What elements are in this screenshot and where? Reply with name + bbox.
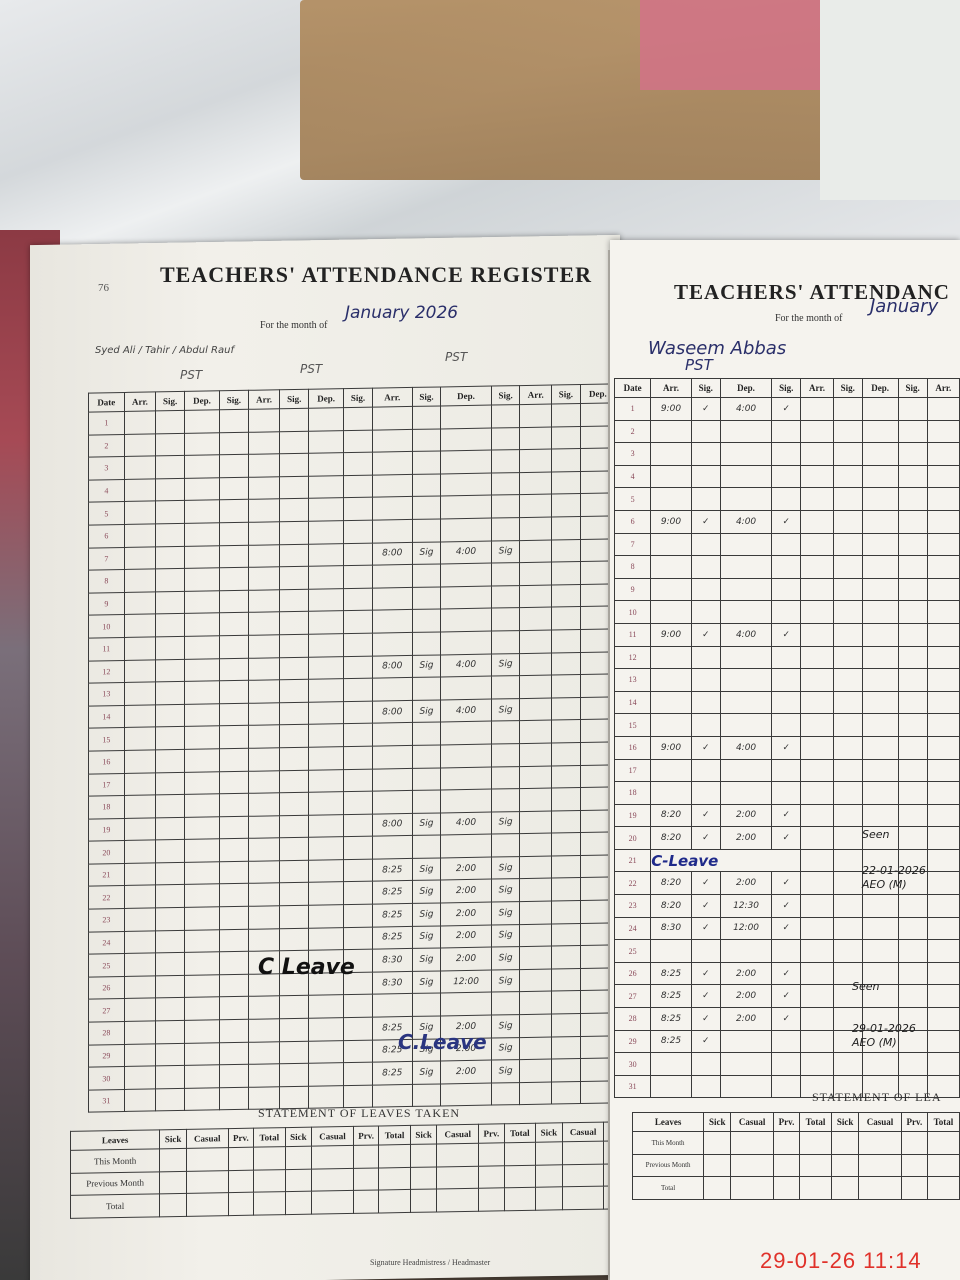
left-col-header: Sig. <box>491 386 520 405</box>
attendance-cell <box>898 646 927 669</box>
attendance-cell <box>833 533 862 556</box>
attendance-cell <box>898 917 927 940</box>
attendance-cell <box>309 408 344 431</box>
attendance-sig-cell <box>691 669 720 692</box>
attendance-cell <box>124 637 156 660</box>
attendance-cell <box>248 635 280 658</box>
attendance-cell <box>344 407 373 430</box>
left-footer-signature: Signature Headmistress / Headmaster <box>370 1258 490 1267</box>
attendance-cell: 8:30 <box>372 949 412 972</box>
attendance-cell <box>898 465 927 488</box>
attendance-cell <box>833 872 862 895</box>
attendance-cell <box>520 969 552 992</box>
attendance-cell <box>412 496 441 519</box>
attendance-cell <box>220 748 249 771</box>
attendance-cell <box>156 456 185 479</box>
attendance-cell <box>552 516 581 539</box>
table-row: 25 <box>615 940 960 963</box>
left-leaves-title: STATEMENT OF LEAVES TAKEN <box>258 1106 460 1121</box>
attendance-cell <box>552 539 581 562</box>
table-row: 5 <box>615 488 960 511</box>
attendance-cell <box>280 657 309 680</box>
attendance-cell <box>344 543 373 566</box>
attendance-cell: Sig <box>412 858 441 881</box>
attendance-cell <box>309 814 344 837</box>
attendance-cell <box>927 691 959 714</box>
attendance-dep-cell: 12:30 <box>720 895 771 918</box>
date-cell: 26 <box>89 976 125 999</box>
attendance-cell <box>520 1082 552 1105</box>
attendance-cell <box>833 488 862 511</box>
attendance-cell <box>156 862 185 885</box>
table-row: 3 <box>615 443 960 466</box>
leaves-cell <box>228 1170 253 1193</box>
leaves-cell <box>312 1168 354 1191</box>
attendance-cell <box>156 410 185 433</box>
date-cell: 25 <box>89 954 125 977</box>
attendance-cell <box>833 646 862 669</box>
attendance-cell <box>927 736 959 759</box>
attendance-cell <box>491 495 520 518</box>
attendance-cell <box>520 494 552 517</box>
right-month-value: January <box>870 296 938 317</box>
attendance-cell <box>124 456 156 479</box>
date-cell: 2 <box>89 434 125 457</box>
date-cell: 20 <box>615 827 651 850</box>
background-pink-object <box>640 0 840 90</box>
attendance-cell: 8:25 <box>372 858 412 881</box>
attendance-sig2-cell: ✓ <box>772 623 801 646</box>
attendance-arr-cell: 9:00 <box>651 736 691 759</box>
attendance-cell <box>520 1037 552 1060</box>
attendance-cell <box>833 669 862 692</box>
date-cell: 23 <box>89 909 125 932</box>
leaves-cell <box>859 1132 902 1155</box>
attendance-dep-cell <box>720 488 771 511</box>
attendance-cell <box>927 398 959 421</box>
leaves-cell <box>774 1132 800 1155</box>
attendance-cell <box>248 838 280 861</box>
leaves-cell <box>228 1192 253 1215</box>
table-row: 169:00✓4:00✓ <box>615 736 960 759</box>
table-row: 10 <box>615 601 960 624</box>
left-col-header: Sig. <box>412 387 441 406</box>
attendance-cell <box>124 479 156 502</box>
attendance-cell <box>184 907 219 930</box>
leaves-cell <box>410 1167 437 1190</box>
attendance-cell <box>441 405 492 428</box>
attendance-cell <box>927 465 959 488</box>
attendance-cell <box>344 1040 373 1063</box>
date-cell: 25 <box>615 940 651 963</box>
table-row: 198:20✓2:00✓ <box>615 804 960 827</box>
attendance-cell <box>248 680 280 703</box>
attendance-cell <box>552 991 581 1014</box>
attendance-cell <box>801 398 833 421</box>
attendance-cell <box>280 589 309 612</box>
leaves-col-header: Total <box>379 1125 410 1145</box>
attendance-cell <box>344 882 373 905</box>
attendance-cell <box>248 1041 280 1064</box>
attendance-cell <box>491 834 520 857</box>
attendance-dep-cell <box>720 601 771 624</box>
right-col-header: Sig. <box>691 379 720 398</box>
attendance-cell <box>412 722 441 745</box>
attendance-cell <box>520 766 552 789</box>
attendance-cell <box>248 590 280 613</box>
attendance-cell <box>801 1053 833 1076</box>
attendance-cell <box>220 477 249 500</box>
attendance-cell <box>898 556 927 579</box>
attendance-cell <box>124 931 156 954</box>
attendance-cell <box>833 691 862 714</box>
left-col-header: Sig. <box>156 391 185 410</box>
attendance-cell <box>124 546 156 569</box>
leaves-col-header: Prv. <box>901 1113 927 1132</box>
attendance-cell <box>833 714 862 737</box>
attendance-sig2-cell <box>772 646 801 669</box>
attendance-sig-cell <box>691 1053 720 1076</box>
attendance-cell <box>441 518 492 541</box>
leaves-cell <box>731 1177 774 1200</box>
attendance-cell <box>552 471 581 494</box>
attendance-sig-cell: ✓ <box>691 623 720 646</box>
leaves-row-label: Previous Month <box>71 1171 160 1195</box>
attendance-cell <box>184 771 219 794</box>
attendance-cell <box>372 632 412 655</box>
date-cell: 4 <box>615 465 651 488</box>
attendance-cell <box>309 453 344 476</box>
attendance-arr-cell <box>651 465 691 488</box>
attendance-sig2-cell: ✓ <box>772 510 801 533</box>
attendance-cell <box>372 474 412 497</box>
attendance-arr-cell <box>651 759 691 782</box>
attendance-cell <box>124 1066 156 1089</box>
attendance-cell <box>309 701 344 724</box>
attendance-cell <box>309 747 344 770</box>
attendance-cell <box>520 901 552 924</box>
attendance-cell <box>552 901 581 924</box>
photo-timestamp: 29-01-26 11:14 <box>760 1248 922 1274</box>
leaves-cell <box>379 1167 410 1190</box>
attendance-cell <box>184 1042 219 1065</box>
attendance-cell <box>801 827 833 850</box>
attendance-cell <box>898 782 927 805</box>
attendance-dep-cell: 2:00 <box>720 962 771 985</box>
attendance-cell <box>124 1021 156 1044</box>
attendance-arr-cell <box>651 556 691 579</box>
attendance-cell <box>184 794 219 817</box>
attendance-cell <box>220 906 249 929</box>
attendance-cell <box>491 631 520 654</box>
attendance-cell <box>862 669 898 692</box>
attendance-cell <box>156 433 185 456</box>
attendance-cell <box>491 472 520 495</box>
leaves-cell <box>536 1187 563 1210</box>
background-white-card <box>820 0 960 200</box>
attendance-cell <box>862 782 898 805</box>
attendance-sig-cell <box>691 533 720 556</box>
date-cell: 6 <box>615 510 651 533</box>
attendance-cell <box>862 646 898 669</box>
attendance-cell: Sig <box>491 902 520 925</box>
attendance-cell <box>441 473 492 496</box>
attendance-cell <box>898 443 927 466</box>
leaves-cell <box>901 1154 927 1177</box>
attendance-cell <box>220 839 249 862</box>
attendance-cell <box>309 475 344 498</box>
attendance-cell <box>862 736 898 759</box>
attendance-cell <box>441 767 492 790</box>
date-cell: 30 <box>615 1053 651 1076</box>
leaves-row-label: Previous Month <box>633 1154 704 1177</box>
leaves-col-header: Sick <box>704 1113 731 1132</box>
attendance-cell <box>520 698 552 721</box>
attendance-cell <box>801 691 833 714</box>
attendance-cell <box>220 1019 249 1042</box>
left-page-title: TEACHERS' ATTENDANCE REGISTER <box>160 262 592 288</box>
attendance-cell <box>248 702 280 725</box>
attendance-arr-cell <box>651 443 691 466</box>
attendance-cell <box>862 601 898 624</box>
attendance-cell <box>372 519 412 542</box>
left-designation-2: PST <box>300 362 322 376</box>
leaves-col-header: Casual <box>731 1113 774 1132</box>
attendance-cell <box>344 769 373 792</box>
attendance-cell <box>184 884 219 907</box>
table-row: 8 <box>615 556 960 579</box>
leaves-cell <box>254 1147 285 1170</box>
attendance-cell <box>520 675 552 698</box>
right-month-label: For the month of <box>775 313 843 324</box>
attendance-cell <box>441 1083 492 1106</box>
attendance-dep-cell <box>720 533 771 556</box>
left-names-header: Syed Ali / Tahir / Abdul Rauf <box>95 345 234 356</box>
attendance-cell <box>552 607 581 630</box>
date-cell: 6 <box>89 524 125 547</box>
attendance-cell <box>344 656 373 679</box>
table-row: 19:00✓4:00✓ <box>615 398 960 421</box>
attendance-dep-cell <box>720 940 771 963</box>
attendance-cell <box>156 569 185 592</box>
attendance-cell <box>898 691 927 714</box>
attendance-cell <box>862 714 898 737</box>
attendance-cell <box>309 521 344 544</box>
attendance-sig-cell <box>691 578 720 601</box>
attendance-sig2-cell <box>772 465 801 488</box>
attendance-cell <box>862 533 898 556</box>
attendance-arr-cell <box>651 669 691 692</box>
attendance-cell <box>124 614 156 637</box>
attendance-cell: Sig <box>491 856 520 879</box>
date-cell: 5 <box>89 502 125 525</box>
attendance-cell <box>309 860 344 883</box>
attendance-cell <box>248 499 280 522</box>
attendance-cell <box>156 772 185 795</box>
left-col-header: Arr. <box>520 385 552 405</box>
attendance-dep-cell <box>720 443 771 466</box>
attendance-cell <box>344 814 373 837</box>
attendance-arr-cell: 9:00 <box>651 398 691 421</box>
attendance-cell <box>552 788 581 811</box>
attendance-sig-cell <box>691 443 720 466</box>
attendance-cell <box>280 408 309 431</box>
attendance-cell <box>801 714 833 737</box>
attendance-cell <box>309 1040 344 1063</box>
c-leave-cell: C-Leave <box>651 849 801 872</box>
leaves-cell <box>379 1144 410 1167</box>
attendance-cell <box>520 743 552 766</box>
attendance-cell <box>184 1020 219 1043</box>
attendance-cell: Sig <box>491 698 520 721</box>
leaves-cell <box>927 1154 959 1177</box>
seen-note-1-role: AEO (M) <box>862 878 926 892</box>
attendance-cell: Sig <box>491 540 520 563</box>
attendance-cell <box>552 1036 581 1059</box>
teacher-name: Waseem Abbas <box>648 338 786 359</box>
leaves-cell <box>927 1132 959 1155</box>
date-cell: 14 <box>615 691 651 714</box>
date-cell: 11 <box>89 637 125 660</box>
attendance-cell <box>441 834 492 857</box>
attendance-cell <box>309 724 344 747</box>
date-cell: 26 <box>615 962 651 985</box>
attendance-cell <box>927 1053 959 1076</box>
attendance-cell <box>124 1089 156 1112</box>
attendance-dep-cell <box>720 669 771 692</box>
attendance-cell: 8:25 <box>372 1062 412 1085</box>
attendance-cell <box>344 452 373 475</box>
attendance-cell <box>801 578 833 601</box>
attendance-cell <box>441 563 492 586</box>
attendance-cell <box>156 1088 185 1111</box>
leaves-col-header: Sick <box>285 1127 312 1146</box>
attendance-cell <box>491 721 520 744</box>
attendance-cell <box>520 653 552 676</box>
seen-note-1-date: 22-01-2026 <box>862 864 926 878</box>
attendance-cell <box>184 636 219 659</box>
attendance-dep-cell <box>720 556 771 579</box>
attendance-cell <box>491 563 520 586</box>
date-cell: 19 <box>615 804 651 827</box>
attendance-sig-cell <box>691 646 720 669</box>
attendance-cell <box>248 1019 280 1042</box>
date-cell: 21 <box>615 849 651 872</box>
attendance-cell <box>491 676 520 699</box>
date-cell: 29 <box>615 1030 651 1053</box>
attendance-cell <box>344 701 373 724</box>
attendance-dep-cell <box>720 759 771 782</box>
attendance-cell <box>248 477 280 500</box>
leaves-cell <box>562 1164 604 1187</box>
attendance-cell <box>309 566 344 589</box>
attendance-cell <box>520 811 552 834</box>
attendance-cell <box>184 410 219 433</box>
attendance-cell <box>280 499 309 522</box>
attendance-cell <box>372 768 412 791</box>
attendance-cell <box>184 1065 219 1088</box>
attendance-arr-cell <box>651 1053 691 1076</box>
attendance-cell <box>927 1008 959 1031</box>
attendance-arr-cell: 8:30 <box>651 917 691 940</box>
attendance-dep-cell <box>720 714 771 737</box>
attendance-cell <box>156 614 185 637</box>
attendance-sig-cell <box>691 556 720 579</box>
attendance-cell <box>927 759 959 782</box>
attendance-cell <box>184 816 219 839</box>
teacher-designation: PST <box>685 356 713 374</box>
attendance-dep-cell: 2:00 <box>720 872 771 895</box>
leaves-cell <box>160 1148 187 1171</box>
attendance-arr-cell: 9:00 <box>651 510 691 533</box>
attendance-sig2-cell <box>772 1075 801 1098</box>
attendance-sig-cell: ✓ <box>691 398 720 421</box>
leaves-cell <box>859 1154 902 1177</box>
attendance-sig-cell: ✓ <box>691 510 720 533</box>
attendance-cell <box>156 975 185 998</box>
attendance-cell <box>124 524 156 547</box>
attendance-cell <box>124 795 156 818</box>
attendance-cell: Sig <box>491 653 520 676</box>
leaves-col-header: Casual <box>437 1124 479 1144</box>
attendance-cell <box>801 669 833 692</box>
attendance-cell <box>309 1018 344 1041</box>
attendance-cell <box>184 591 219 614</box>
attendance-cell <box>898 623 927 646</box>
attendance-cell <box>801 759 833 782</box>
attendance-cell <box>248 522 280 545</box>
table-row: 14 <box>615 691 960 714</box>
attendance-cell <box>491 427 520 450</box>
attendance-cell <box>184 568 219 591</box>
attendance-dep-cell <box>720 1075 771 1098</box>
attendance-cell <box>124 953 156 976</box>
leaves-cell <box>312 1191 354 1214</box>
attendance-cell <box>898 895 927 918</box>
attendance-cell <box>491 743 520 766</box>
attendance-cell <box>552 697 581 720</box>
leaves-cell <box>186 1193 228 1216</box>
attendance-sig2-cell: ✓ <box>772 985 801 1008</box>
attendance-cell <box>124 411 156 434</box>
date-cell: 14 <box>89 705 125 728</box>
attendance-cell <box>441 586 492 609</box>
attendance-sig-cell: ✓ <box>691 804 720 827</box>
attendance-cell <box>220 816 249 839</box>
attendance-arr-cell <box>651 420 691 443</box>
leaves-cell <box>731 1154 774 1177</box>
attendance-cell <box>898 488 927 511</box>
attendance-cell: 8:00 <box>372 700 412 723</box>
attendance-cell <box>280 476 309 499</box>
leaves-cell <box>504 1142 535 1165</box>
attendance-dep-cell <box>720 646 771 669</box>
attendance-cell <box>927 1030 959 1053</box>
attendance-cell <box>280 792 309 815</box>
attendance-cell <box>184 975 219 998</box>
attendance-cell <box>220 1087 249 1110</box>
attendance-cell: Sig <box>491 879 520 902</box>
attendance-cell <box>801 443 833 466</box>
attendance-cell: Sig <box>491 969 520 992</box>
attendance-cell <box>184 839 219 862</box>
attendance-cell <box>412 519 441 542</box>
attendance-cell <box>552 675 581 698</box>
left-col-header: Dep. <box>441 386 492 406</box>
leaves-cell <box>479 1188 504 1211</box>
leaves-cell <box>437 1143 479 1166</box>
attendance-cell <box>280 1018 309 1041</box>
